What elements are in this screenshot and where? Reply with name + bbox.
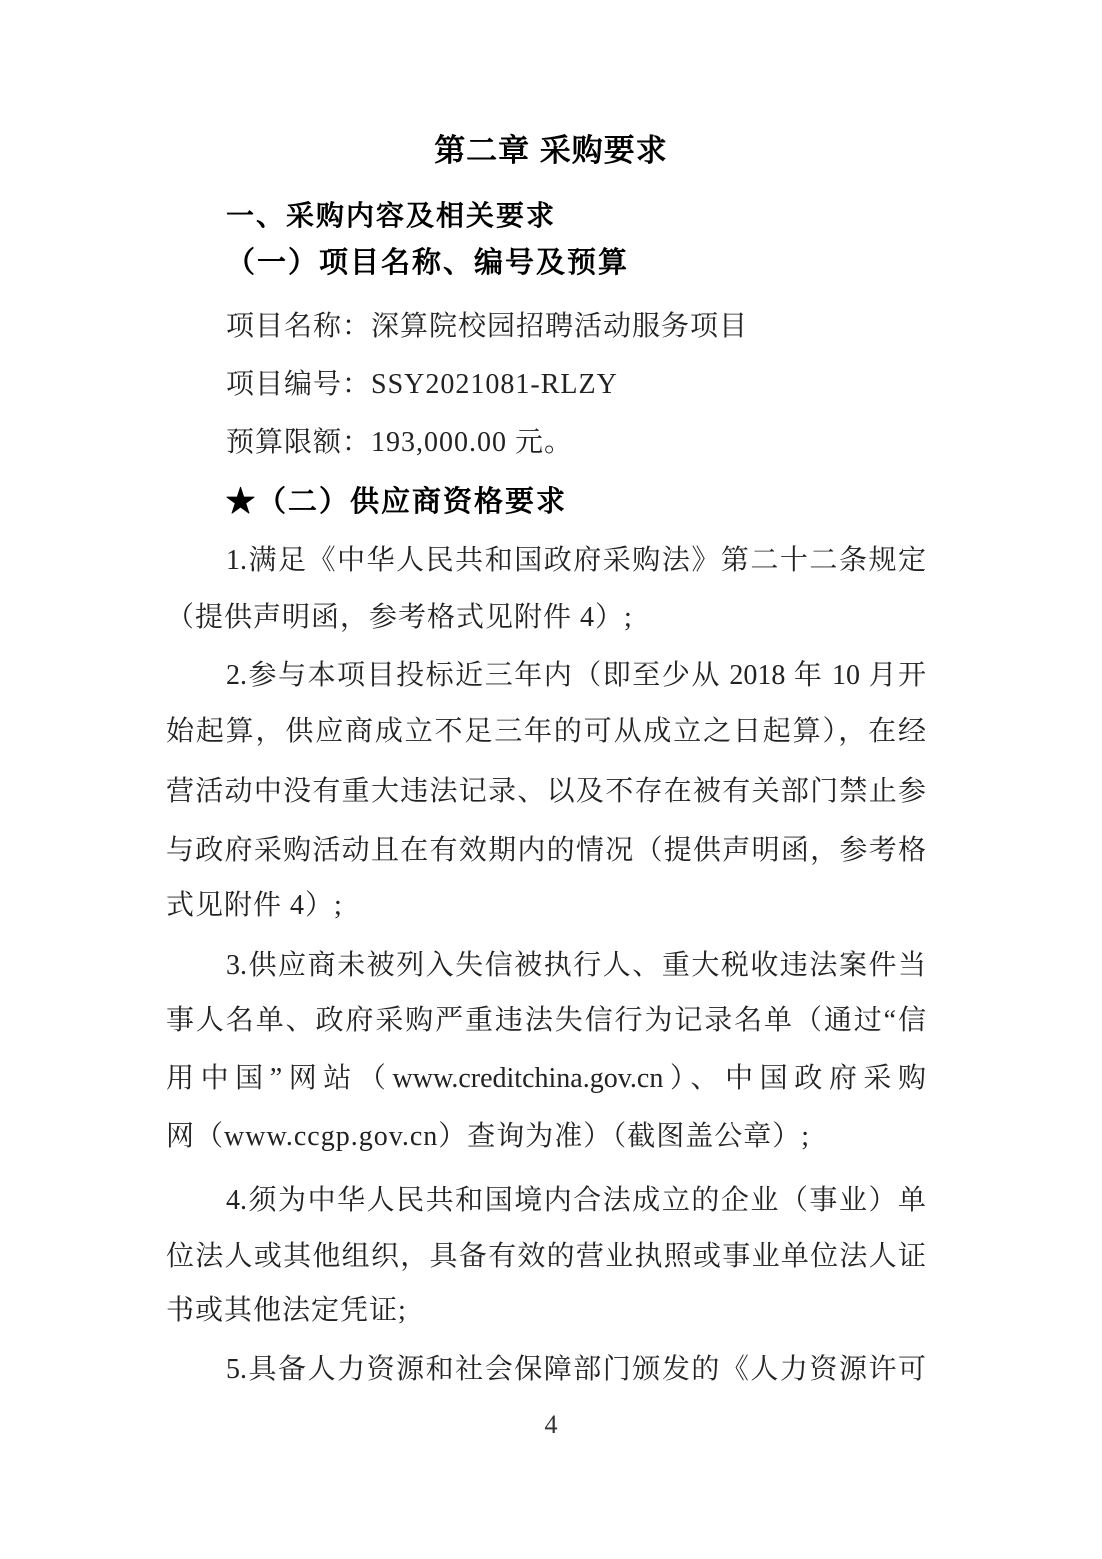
- requirement-2-line-5: 式见附件 4）;: [166, 877, 926, 935]
- subsection-1-heading: （一）项目名称、编号及预算: [166, 234, 926, 292]
- requirement-2-line-4: 与政府采购活动且在有效期内的情况（提供声明函，参考格: [166, 822, 926, 880]
- budget-line: 预算限额：193,000.00 元。: [166, 414, 926, 472]
- project-number-line: 项目编号：SSY2021081-RLZY: [166, 356, 926, 414]
- chapter-title: 第二章 采购要求: [0, 122, 1102, 180]
- requirement-1-line-2: （提供声明函，参考格式见附件 4）;: [166, 589, 926, 647]
- requirement-4-line-3: 书或其他法定凭证;: [166, 1282, 926, 1340]
- requirement-3-line-3: 用中国”网站（www.creditchina.gov.cn）、中国政府采购: [166, 1050, 926, 1108]
- requirement-3-line-2: 事人名单、政府采购严重违法失信行为记录名单（通过“信: [166, 992, 926, 1050]
- document-page: 第二章 采购要求 一、采购内容及相关要求 （一）项目名称、编号及预算 项目名称：…: [0, 0, 1102, 1559]
- requirement-2-line-2: 始起算，供应商成立不足三年的可从成立之日起算），在经: [166, 703, 926, 761]
- star-icon: ★: [226, 486, 257, 518]
- requirement-4-line-1: 4.须为中华人民共和国境内合法成立的企业（事业）单: [166, 1172, 926, 1230]
- requirement-2-line-1: 2.参与本项目投标近三年内（即至少从 2018 年 10 月开: [166, 647, 926, 705]
- project-name-line: 项目名称：深算院校园招聘活动服务项目: [166, 298, 926, 356]
- requirement-3-line-4: 网（www.ccgp.gov.cn）查询为准）（截图盖公章）;: [166, 1108, 926, 1166]
- requirement-1-line-1: 1.满足《中华人民共和国政府采购法》第二十二条规定: [166, 532, 926, 590]
- subsection-2-heading-text: （二）供应商资格要求: [257, 486, 567, 518]
- requirement-5-line-1: 5.具备人力资源和社会保障部门颁发的《人力资源许可: [166, 1341, 926, 1399]
- requirement-3-line-1: 3.供应商未被列入失信被执行人、重大税收违法案件当: [166, 937, 926, 995]
- requirement-4-line-2: 位法人或其他组织，具备有效的营业执照或事业单位法人证: [166, 1228, 926, 1286]
- page-number: 4: [0, 1400, 1102, 1450]
- subsection-2-heading: ★（二）供应商资格要求: [166, 473, 926, 531]
- requirement-2-line-3: 营活动中没有重大违法记录、以及不存在被有关部门禁止参: [166, 763, 926, 821]
